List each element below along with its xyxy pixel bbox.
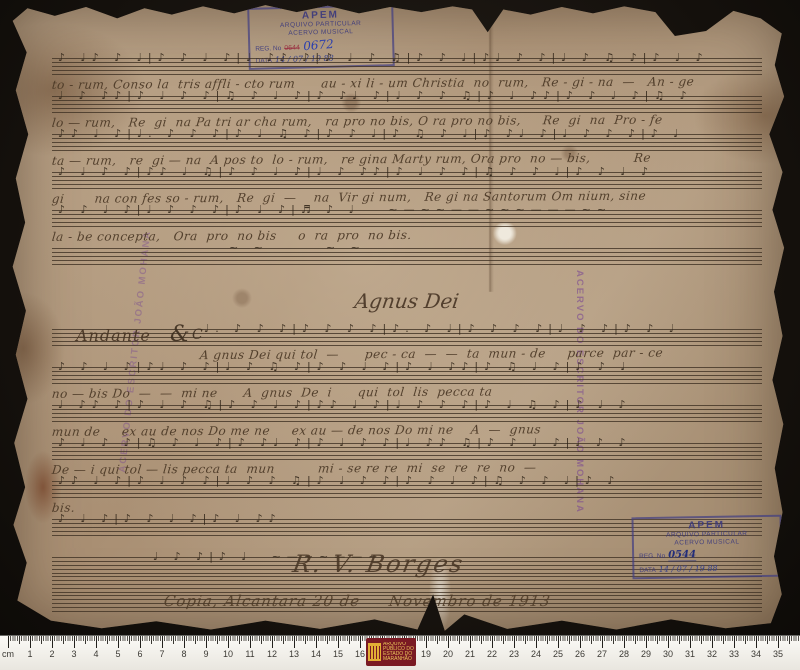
ruler-number: 11 — [242, 649, 258, 659]
time-signature: C — [192, 327, 203, 343]
ruler-number: 26 — [572, 649, 588, 659]
ruler-number: 15 — [330, 649, 346, 659]
manuscript-paper: APEM ARQUIVO PARTICULAR ACERVO MUSICAL R… — [8, 2, 788, 632]
ruler-number: 33 — [726, 649, 742, 659]
date-label: DATA — [639, 567, 655, 574]
ruler-number: 21 — [462, 649, 478, 659]
staff-system: ♪ ♪ ♩ ♪|♪♩ ♪ ♪|♩ ♪ ♫ ♪|♪ ♪ ♩ ♪|♪ ♩ ♪♪|♪ … — [52, 367, 762, 384]
ruler-number: 3 — [66, 649, 82, 659]
caption-system: Copia, Alcantara 20 de Novembro de 1913 — [52, 595, 762, 612]
ruler-number: 14 — [308, 649, 324, 659]
staff-notes: ~ ~ ~ ~ — [58, 241, 762, 267]
staff-notes: ♪♪ ♩ ♪|♩. ♪ ♪ ♪|♪ ♩ ♫ ♪|♪ ♪ ♩|♪ ♫ ♪ ♩|♪ … — [58, 127, 762, 153]
staff-notes: ♪ ♪ ♩ ♪|♩ ♪ ♪ ♪|♪ ♩ ♪|♬ ♪ ♩ ~—~~——~~~———… — [58, 203, 762, 229]
ruler-number: 29 — [638, 649, 654, 659]
ruler-number: 30 — [660, 649, 676, 659]
logo-building-icon — [368, 643, 381, 661]
ruler-number: 12 — [264, 649, 280, 659]
ruler-number: 35 — [770, 649, 786, 659]
reg-label: REG. No — [639, 553, 665, 560]
ruler-number: 2 — [44, 649, 60, 659]
date-value: 14 / 07 / 19 88 — [659, 564, 718, 574]
staff-notes: ♩. ♪ ♪ ♪|♪ ♪ ♪ ♪|♪. ♪ ♩|♪ ♪ ♪ ♪|♩ ♪ ♪|♪ … — [204, 322, 762, 348]
ruler-number: 27 — [594, 649, 610, 659]
archive-logo: ARQUIVO PÚBLICO DO ESTADO DO MARANHÃO — [366, 638, 416, 666]
staff-notes: ♪ ♩ ♪ ♪|♪♪ ♩ ♫|♪ ♪ ♩ ♪|♩ ♪ ♪♪|♪ ♩ ♪ ♪|♫ … — [58, 165, 762, 191]
ruler-number: 22 — [484, 649, 500, 659]
spacer — [52, 267, 762, 289]
staff-notes: ♪ ♩ ♪ ♪|♫ ♪ ♩ ♪|♪ ♪♩ ♪|♪ ♩ ♪ ♪|♩ ♪♪ ♫|♪ … — [58, 436, 762, 462]
staff-system: ♪ ♩ ♪ ♪|♪♪ ♩ ♫|♪ ♪ ♩ ♪|♩ ♪ ♪♪|♪ ♩ ♪ ♪|♫ … — [52, 172, 762, 189]
ruler-number: 7 — [154, 649, 170, 659]
ruler-number: 13 — [286, 649, 302, 659]
archive-stamp-bottom: APEM ARQUIVO PARTICULAR ACERVO MUSICAL R… — [631, 515, 782, 580]
staff-system: ♪♪ ♩ ♪|♩. ♪ ♪ ♪|♪ ♩ ♫ ♪|♪ ♪ ♩|♪ ♫ ♪ ♩|♪ … — [52, 134, 762, 151]
staff-system: ♩. ♪ ♪ ♪|♪ ♪ ♪ ♪|♪. ♪ ♩|♪ ♪ ♪ ♪|♩ ♪ ♪|♪ … — [52, 329, 762, 346]
staff-notes: ♪♪ ♩ ♪|♪ ♩ ♪ ♪|♩ ♪ ♪ ♫|♪ ♩ ♪ ♪|♪ ♪ ♩ ♪|♫… — [58, 474, 762, 500]
section-title: Agnus Dei — [50, 289, 763, 311]
ruler-number: 25 — [550, 649, 566, 659]
staff-system: ♩ ♪♪ ♪|♪ ♩ ♪ ♫|♪ ♪ ♩ ♪|♪♪ ♩ ♪|♩ ♪ ♪ ♪|♪ … — [52, 405, 762, 422]
copy-caption: Copia, Alcantara 20 de Novembro de 1913 — [163, 592, 552, 610]
treble-clef-icon: & — [170, 322, 190, 347]
ruler-number: 6 — [132, 649, 148, 659]
reg-number-handwritten: 0672 — [302, 39, 333, 51]
ruler-number: 4 — [88, 649, 104, 659]
ruler-number: 31 — [682, 649, 698, 659]
ruler-number: 9 — [198, 649, 214, 659]
staff-notes: ♪ ♩♪ ♪ ♩|♪ ♪ ♩ ♪|♩ ♪♪ ♪|♪ ♩ ♪ ♫|♪ ♪ ♩|♪♩… — [58, 51, 762, 77]
stamp-line: ACERVO MUSICAL — [639, 538, 775, 548]
staff-system: ♩ ♪ ♪♪|♪ ♩ ♪ ♪|♫ ♪ ♩ ♪|♪ ♪♩ ♪|♩ ♪ ♪ ♫|♪ … — [52, 96, 762, 113]
ruler-number: 8 — [176, 649, 192, 659]
staff-notes: ♩ ♪ ♪♪|♪ ♩ ♪ ♪|♫ ♪ ♩ ♪|♪ ♪♩ ♪|♩ ♪ ♪ ♫|♪ … — [58, 89, 762, 115]
ruler-number: 32 — [704, 649, 720, 659]
reg-number-handwritten: 0544 — [668, 550, 696, 561]
ruler-number: 24 — [528, 649, 544, 659]
staff-system: ♪ ♪ ♩ ♪|♩ ♪ ♪ ♪|♪ ♩ ♪|♬ ♪ ♩ ~—~~——~~~———… — [52, 210, 762, 227]
logo-text: ARQUIVO PÚBLICO DO ESTADO DO MARANHÃO — [383, 642, 414, 662]
staff-system: ♪♪ ♩ ♪|♪ ♩ ♪ ♪|♩ ♪ ♪ ♫|♪ ♩ ♪ ♪|♪ ♪ ♩ ♪|♫… — [52, 481, 762, 498]
staff-notes: ♪ ♪ ♩ ♪|♪♩ ♪ ♪|♩ ♪ ♫ ♪|♪ ♪ ♩ ♪|♪ ♩ ♪♪|♪ … — [58, 360, 762, 386]
staff-system: ~ ~ ~ ~ — [52, 248, 762, 265]
ruler-number: 10 — [220, 649, 236, 659]
staff-system: ♪ ♩♪ ♪ ♩|♪ ♪ ♩ ♪|♩ ♪♪ ♪|♪ ♩ ♪ ♫|♪ ♪ ♩|♪♩… — [52, 58, 762, 75]
ruler-number: 20 — [440, 649, 456, 659]
ruler-number: 19 — [418, 649, 434, 659]
ruler-number: 23 — [506, 649, 522, 659]
ruler-number: 28 — [616, 649, 632, 659]
ruler-number: 5 — [110, 649, 126, 659]
ruler-number: 34 — [748, 649, 764, 659]
staff-notes: ♩ ♪♪ ♪|♪ ♩ ♪ ♫|♪ ♪ ♩ ♪|♪♪ ♩ ♪|♩ ♪ ♪ ♪|♪ … — [58, 398, 762, 424]
tempo-marking: Andante — [76, 326, 151, 345]
staff-system: ♪ ♩ ♪ ♪|♫ ♪ ♩ ♪|♪ ♪♩ ♪|♪ ♩ ♪ ♪|♩ ♪♪ ♫|♪ … — [52, 443, 762, 460]
photo-background: APEM ARQUIVO PARTICULAR ACERVO MUSICAL R… — [0, 0, 800, 670]
ruler: cm 1234567891011121314151617181920212223… — [0, 635, 800, 670]
ruler-number: 1 — [22, 649, 38, 659]
composer-signature: R. V. Borges — [291, 550, 467, 578]
